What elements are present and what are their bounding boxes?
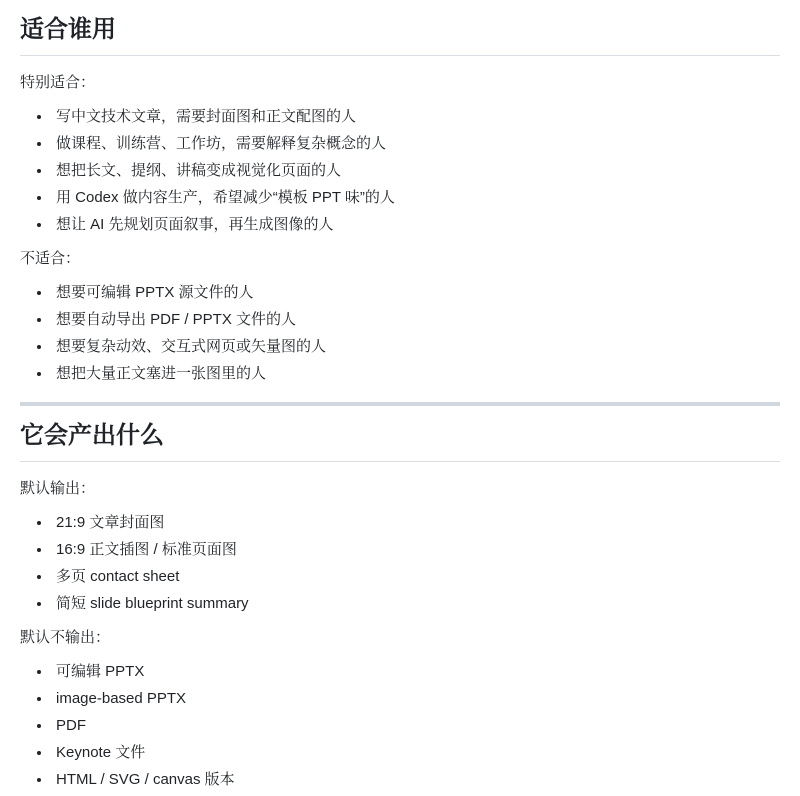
list-item: 简短 slide blueprint summary bbox=[52, 593, 780, 615]
list-item: 21:9 文章封面图 bbox=[52, 512, 780, 534]
section-who-is-it-for: 适合谁用 特别适合： 写中文技术文章，需要封面图和正文配图的人 做课程、训练营、… bbox=[20, 15, 780, 385]
list-item: 想把长文、提纲、讲稿变成视觉化页面的人 bbox=[52, 160, 780, 182]
document: 适合谁用 特别适合： 写中文技术文章，需要封面图和正文配图的人 做课程、训练营、… bbox=[0, 0, 800, 791]
list-item: 想把大量正文塞进一张图里的人 bbox=[52, 363, 780, 385]
section-divider bbox=[20, 402, 780, 406]
list-item: image-based PPTX bbox=[52, 688, 780, 710]
intro-especially-suitable: 特别适合： bbox=[20, 72, 780, 94]
list-item: 做课程、训练营、工作坊，需要解释复杂概念的人 bbox=[52, 133, 780, 155]
default-outputs-list: 21:9 文章封面图 16:9 正文插图 / 标准页面图 多页 contact … bbox=[20, 512, 780, 615]
list-item: 想让 AI 先规划页面叙事，再生成图像的人 bbox=[52, 214, 780, 236]
list-item: 可编辑 PPTX bbox=[52, 661, 780, 683]
list-item: 用 Codex 做内容生产，希望减少“模板 PPT 味”的人 bbox=[52, 187, 780, 209]
section-what-it-outputs: 它会产出什么 默认输出： 21:9 文章封面图 16:9 正文插图 / 标准页面… bbox=[20, 421, 780, 791]
intro-not-suitable: 不适合： bbox=[20, 248, 780, 270]
not-output-list: 可编辑 PPTX image-based PPTX PDF Keynote 文件… bbox=[20, 661, 780, 791]
list-item: 想要复杂动效、交互式网页或矢量图的人 bbox=[52, 336, 780, 358]
list-item: 多页 contact sheet bbox=[52, 566, 780, 588]
list-item: HTML / SVG / canvas 版本 bbox=[52, 769, 780, 791]
not-suitable-list: 想要可编辑 PPTX 源文件的人 想要自动导出 PDF / PPTX 文件的人 … bbox=[20, 282, 780, 385]
list-item: PDF bbox=[52, 715, 780, 737]
list-item: 写中文技术文章，需要封面图和正文配图的人 bbox=[52, 106, 780, 128]
list-item: 想要可编辑 PPTX 源文件的人 bbox=[52, 282, 780, 304]
suitable-list: 写中文技术文章，需要封面图和正文配图的人 做课程、训练营、工作坊，需要解释复杂概… bbox=[20, 106, 780, 236]
list-item: 想要自动导出 PDF / PPTX 文件的人 bbox=[52, 309, 780, 331]
intro-not-output-by-default: 默认不输出： bbox=[20, 627, 780, 649]
list-item: 16:9 正文插图 / 标准页面图 bbox=[52, 539, 780, 561]
intro-default-outputs: 默认输出： bbox=[20, 478, 780, 500]
section-heading-who-is-it-for: 适合谁用 bbox=[20, 15, 780, 56]
list-item: Keynote 文件 bbox=[52, 742, 780, 764]
section-heading-what-it-outputs: 它会产出什么 bbox=[20, 421, 780, 462]
